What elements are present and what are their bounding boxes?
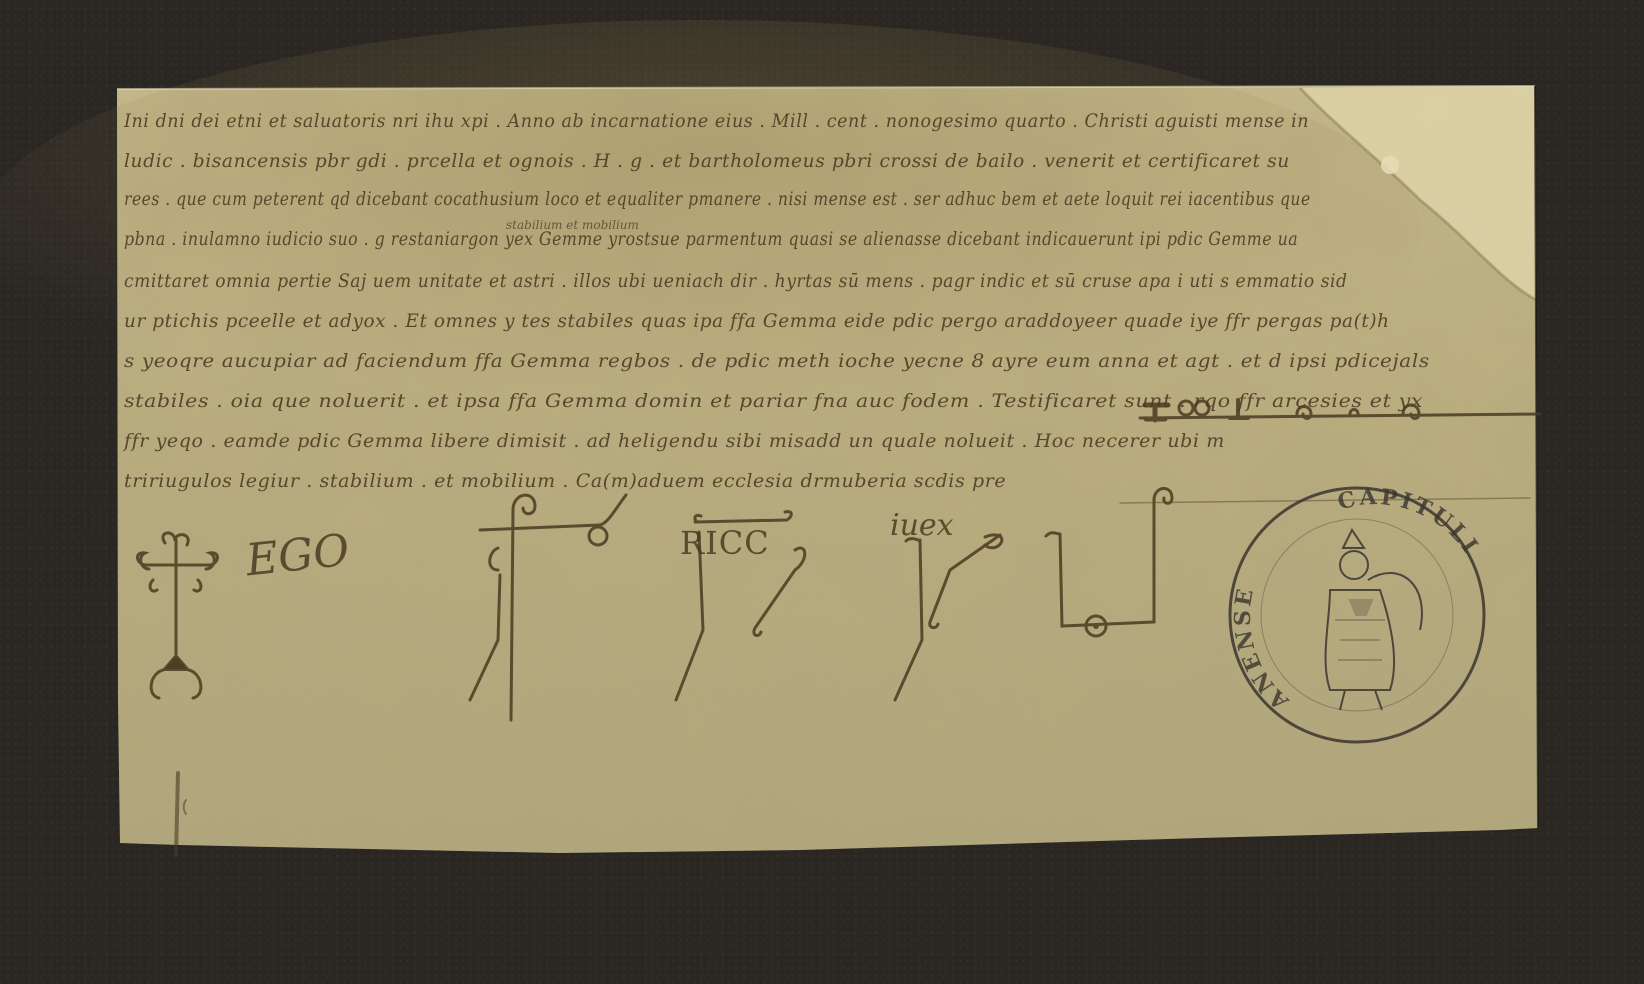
ego-subscription-label: EGO	[244, 525, 352, 587]
stamp-legend-right: CAPITULI	[1335, 484, 1484, 560]
stamp-legend-left: ANENSE	[1230, 584, 1295, 715]
ricc-subscription-label: RICC	[680, 524, 770, 562]
iuex-subscription-label: iuex	[890, 508, 954, 543]
stamp-legend: CAPITULI ANENSE	[0, 0, 1644, 984]
svg-text:ANENSE: ANENSE	[1230, 584, 1295, 715]
svg-text:CAPITULI: CAPITULI	[1335, 484, 1484, 560]
